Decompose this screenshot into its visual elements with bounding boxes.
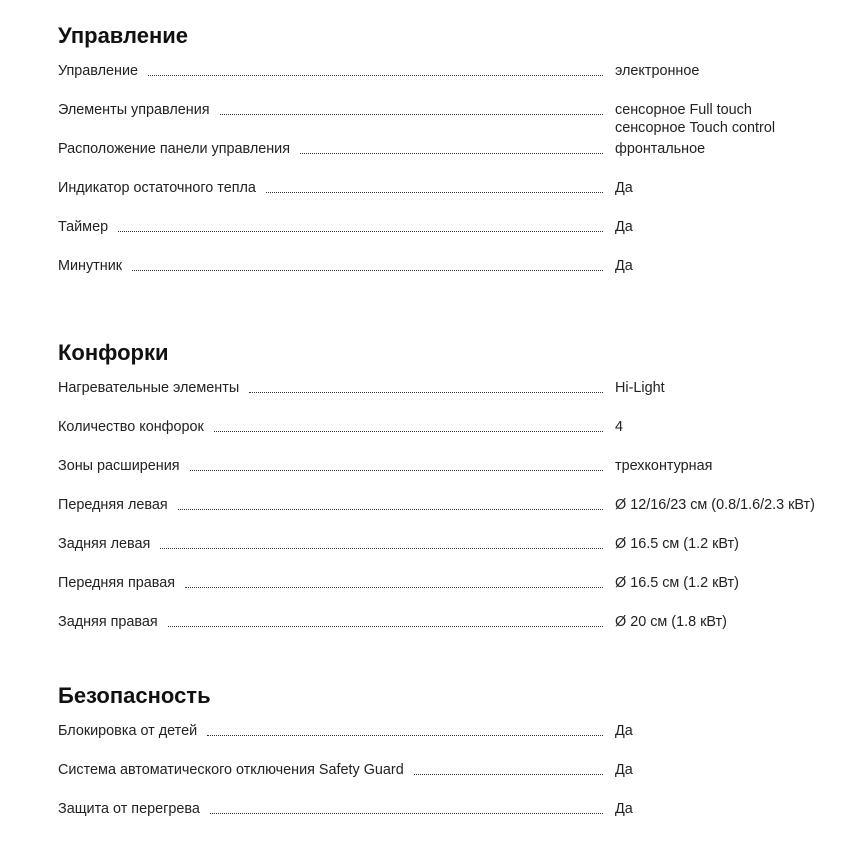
- section-title: Управление: [58, 22, 838, 50]
- section-controls: УправлениеУправлениеэлектронноеЭлементы …: [58, 22, 838, 296]
- spec-label-wrap: Задняя левая: [58, 535, 603, 553]
- spec-value: Ø 16.5 см (1.2 кВт): [615, 574, 739, 592]
- spec-label-wrap: Защита от перегрева: [58, 800, 603, 818]
- section-safety: БезопасностьБлокировка от детейДаСистема…: [58, 682, 838, 839]
- spec-row: Расположение панели управленияфронтально…: [58, 140, 838, 179]
- spec-label-wrap: Управление: [58, 62, 603, 80]
- spec-value: Да: [615, 722, 633, 740]
- section-title: Конфорки: [58, 339, 838, 367]
- spec-label-wrap: Минутник: [58, 257, 603, 275]
- spec-label-wrap: Количество конфорок: [58, 418, 603, 436]
- spec-row: Индикатор остаточного теплаДа: [58, 179, 838, 218]
- dotted-leader: [185, 574, 603, 588]
- spec-row: Передняя праваяØ 16.5 см (1.2 кВт): [58, 574, 838, 613]
- spec-value-line: Да: [615, 800, 633, 818]
- spec-label: Минутник: [58, 257, 132, 275]
- spec-value-line: Да: [615, 179, 633, 197]
- spec-label-wrap: Блокировка от детей: [58, 722, 603, 740]
- dotted-leader: [207, 722, 603, 736]
- dotted-leader: [220, 101, 603, 115]
- spec-value-line: Да: [615, 722, 633, 740]
- spec-value: Да: [615, 257, 633, 275]
- spec-row: Количество конфорок4: [58, 418, 838, 457]
- spec-row: Управлениеэлектронное: [58, 62, 838, 101]
- spec-list: Блокировка от детейДаСистема автоматичес…: [58, 722, 838, 839]
- spec-value: фронтальное: [615, 140, 705, 158]
- dotted-leader: [160, 535, 603, 549]
- spec-list: Нагревательные элементыHi-LightКоличеств…: [58, 379, 838, 652]
- spec-label: Передняя правая: [58, 574, 185, 592]
- spec-value-line: трехконтурная: [615, 457, 712, 475]
- spec-row: МинутникДа: [58, 257, 838, 296]
- spec-value: Да: [615, 761, 633, 779]
- section-burners: КонфоркиНагревательные элементыHi-LightК…: [58, 339, 838, 652]
- spec-label: Элементы управления: [58, 101, 220, 119]
- spec-row: Нагревательные элементыHi-Light: [58, 379, 838, 418]
- spec-value: трехконтурная: [615, 457, 712, 475]
- spec-value-line: Ø 20 см (1.8 кВт): [615, 613, 727, 631]
- spec-row: Задняя леваяØ 16.5 см (1.2 кВт): [58, 535, 838, 574]
- dotted-leader: [210, 800, 603, 814]
- spec-value: электронное: [615, 62, 699, 80]
- spec-row: ТаймерДа: [58, 218, 838, 257]
- dotted-leader: [249, 379, 603, 393]
- spec-label-wrap: Таймер: [58, 218, 603, 236]
- spec-row: Элементы управлениясенсорное Full touchс…: [58, 101, 838, 140]
- spec-value-line: электронное: [615, 62, 699, 80]
- spec-label: Управление: [58, 62, 148, 80]
- spec-label: Нагревательные элементы: [58, 379, 249, 397]
- dotted-leader: [148, 62, 603, 76]
- spec-label: Передняя левая: [58, 496, 178, 514]
- spec-value: Ø 20 см (1.8 кВт): [615, 613, 727, 631]
- dotted-leader: [118, 218, 603, 232]
- spec-value-line: Hi-Light: [615, 379, 665, 397]
- spec-label-wrap: Передняя левая: [58, 496, 603, 514]
- spec-label-wrap: Индикатор остаточного тепла: [58, 179, 603, 197]
- spec-value-line: Да: [615, 257, 633, 275]
- spec-label-wrap: Элементы управления: [58, 101, 603, 119]
- spec-value-line: сенсорное Full touch: [615, 101, 775, 119]
- spec-label: Количество конфорок: [58, 418, 214, 436]
- spec-row: Система автоматического отключения Safet…: [58, 761, 838, 800]
- spec-label: Расположение панели управления: [58, 140, 300, 158]
- dotted-leader: [414, 761, 603, 775]
- spec-row: Передняя леваяØ 12/16/23 см (0.8/1.6/2.3…: [58, 496, 838, 535]
- spec-value-line: Ø 16.5 см (1.2 кВт): [615, 535, 739, 553]
- spec-value: сенсорное Full touchсенсорное Touch cont…: [615, 101, 775, 137]
- spec-label-wrap: Передняя правая: [58, 574, 603, 592]
- spec-value: Да: [615, 179, 633, 197]
- spec-label: Блокировка от детей: [58, 722, 207, 740]
- dotted-leader: [190, 457, 603, 471]
- spec-value-line: фронтальное: [615, 140, 705, 158]
- dotted-leader: [178, 496, 603, 510]
- spec-value-line: Ø 16.5 см (1.2 кВт): [615, 574, 739, 592]
- spec-value: Ø 12/16/23 см (0.8/1.6/2.3 кВт): [615, 496, 815, 514]
- spec-value-line: Да: [615, 761, 633, 779]
- spec-value: 4: [615, 418, 623, 436]
- section-title: Безопасность: [58, 682, 838, 710]
- dotted-leader: [168, 613, 603, 627]
- spec-label: Зоны расширения: [58, 457, 190, 475]
- spec-label: Таймер: [58, 218, 118, 236]
- spec-row: Блокировка от детейДа: [58, 722, 838, 761]
- spec-label-wrap: Задняя правая: [58, 613, 603, 631]
- spec-value-line: 4: [615, 418, 623, 436]
- spec-label-wrap: Расположение панели управления: [58, 140, 603, 158]
- spec-value: Ø 16.5 см (1.2 кВт): [615, 535, 739, 553]
- spec-label-wrap: Зоны расширения: [58, 457, 603, 475]
- spec-list: УправлениеэлектронноеЭлементы управления…: [58, 62, 838, 296]
- spec-label: Защита от перегрева: [58, 800, 210, 818]
- spec-value: Да: [615, 218, 633, 236]
- dotted-leader: [300, 140, 603, 154]
- dotted-leader: [266, 179, 603, 193]
- dotted-leader: [214, 418, 603, 432]
- spec-label: Индикатор остаточного тепла: [58, 179, 266, 197]
- spec-value-line: Да: [615, 218, 633, 236]
- spec-row: Зоны расширениятрехконтурная: [58, 457, 838, 496]
- spec-label: Задняя левая: [58, 535, 160, 553]
- spec-label: Задняя правая: [58, 613, 168, 631]
- dotted-leader: [132, 257, 603, 271]
- spec-row: Защита от перегреваДа: [58, 800, 838, 839]
- spec-value: Да: [615, 800, 633, 818]
- spec-label-wrap: Система автоматического отключения Safet…: [58, 761, 603, 779]
- spec-label: Система автоматического отключения Safet…: [58, 761, 414, 779]
- spec-value: Hi-Light: [615, 379, 665, 397]
- spec-row: Задняя праваяØ 20 см (1.8 кВт): [58, 613, 838, 652]
- spec-label-wrap: Нагревательные элементы: [58, 379, 603, 397]
- spec-value-line: Ø 12/16/23 см (0.8/1.6/2.3 кВт): [615, 496, 815, 514]
- spec-value-line: сенсорное Touch control: [615, 119, 775, 137]
